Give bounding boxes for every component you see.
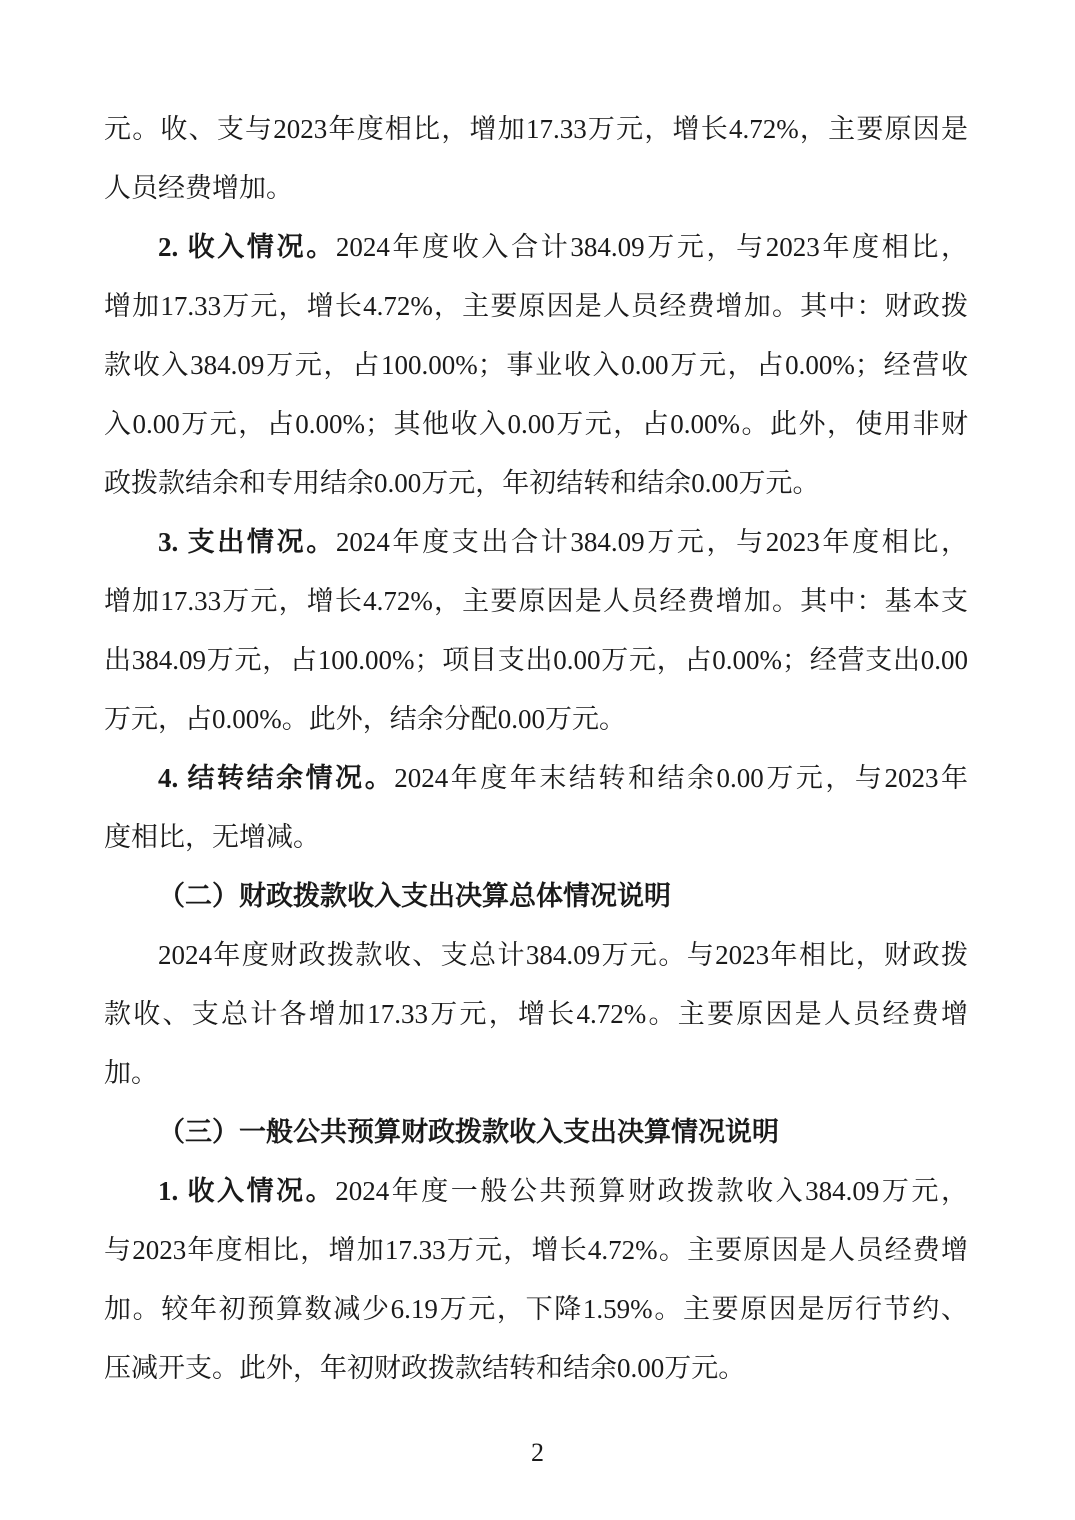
- line-text: 出384.09万元，占100.00%；项目支出0.00万元，占0.00%；经营支…: [104, 645, 968, 675]
- line-text: 政拨款结余和专用结余0.00万元，年初结转和结余0.00万元。: [104, 468, 820, 498]
- line-text: 款收入384.09万元，占100.00%；事业收入0.00万元，占0.00%；经…: [104, 350, 968, 380]
- line-bold-prefix: 3. 支出情况。: [158, 527, 336, 557]
- page-number: 2: [0, 1423, 1075, 1482]
- text-line: 款收入384.09万元，占100.00%；事业收入0.00万元，占0.00%；经…: [104, 336, 968, 395]
- text-block: 元。收、支与2023年度相比，增加17.33万元，增长4.72%，主要原因是人员…: [104, 100, 968, 1398]
- line-text: 元。收、支与2023年度相比，增加17.33万元，增长4.72%，主要原因是: [104, 114, 968, 144]
- text-line: 加。: [104, 1044, 968, 1103]
- text-line: 万元，占0.00%。此外，结余分配0.00万元。: [104, 690, 968, 749]
- line-bold-prefix: 1. 收入情况。: [158, 1176, 335, 1206]
- line-text: 度相比，无增减。: [104, 822, 320, 852]
- text-line: 入0.00万元，占0.00%；其他收入0.00万元，占0.00%。此外，使用非财: [104, 395, 968, 454]
- text-line: 元。收、支与2023年度相比，增加17.33万元，增长4.72%，主要原因是: [104, 100, 968, 159]
- line-text: 款收、支总计各增加17.33万元，增长4.72%。主要原因是人员经费增: [104, 999, 968, 1029]
- text-line: 款收、支总计各增加17.33万元，增长4.72%。主要原因是人员经费增: [104, 985, 968, 1044]
- text-line: 政拨款结余和专用结余0.00万元，年初结转和结余0.00万元。: [104, 454, 968, 513]
- document-page: 元。收、支与2023年度相比，增加17.33万元，增长4.72%，主要原因是人员…: [0, 0, 1075, 1520]
- text-line: 2024年度财政拨款收、支总计384.09万元。与2023年相比，财政拨: [104, 926, 968, 985]
- line-bold-prefix: 4. 结转结余情况。: [158, 763, 394, 793]
- text-line: 3. 支出情况。2024年度支出合计384.09万元，与2023年度相比，: [104, 513, 968, 572]
- section-heading: （二）财政拨款收入支出决算总体情况说明: [104, 867, 968, 926]
- line-text: 与2023年度相比，增加17.33万元，增长4.72%。主要原因是人员经费增: [104, 1235, 968, 1265]
- line-text: 2024年度收入合计384.09万元，与2023年度相比，: [336, 232, 968, 262]
- section-heading: （三）一般公共预算财政拨款收入支出决算情况说明: [104, 1103, 968, 1162]
- text-line: 1. 收入情况。2024年度一般公共预算财政拨款收入384.09万元，: [104, 1162, 968, 1221]
- text-line: 人员经费增加。: [104, 159, 968, 218]
- line-text: 万元，占0.00%。此外，结余分配0.00万元。: [104, 704, 626, 734]
- line-text: 压减开支。此外，年初财政拨款结转和结余0.00万元。: [104, 1353, 745, 1383]
- text-line: 4. 结转结余情况。2024年度年末结转和结余0.00万元，与2023年: [104, 749, 968, 808]
- line-text: 2024年度年末结转和结余0.00万元，与2023年: [394, 763, 968, 793]
- line-text: 2024年度一般公共预算财政拨款收入384.09万元，: [335, 1176, 968, 1206]
- line-text: （三）一般公共预算财政拨款收入支出决算情况说明: [158, 1117, 779, 1147]
- line-text: 入0.00万元，占0.00%；其他收入0.00万元，占0.00%。此外，使用非财: [104, 409, 968, 439]
- line-text: 增加17.33万元，增长4.72%，主要原因是人员经费增加。其中：财政拨: [104, 291, 968, 321]
- line-text: 2024年度财政拨款收、支总计384.09万元。与2023年相比，财政拨: [158, 940, 968, 970]
- text-line: 加。较年初预算数减少6.19万元，下降1.59%。主要原因是厉行节约、: [104, 1280, 968, 1339]
- text-line: 2. 收入情况。2024年度收入合计384.09万元，与2023年度相比，: [104, 218, 968, 277]
- text-line: 压减开支。此外，年初财政拨款结转和结余0.00万元。: [104, 1339, 968, 1398]
- text-line: 增加17.33万元，增长4.72%，主要原因是人员经费增加。其中：基本支: [104, 572, 968, 631]
- text-line: 与2023年度相比，增加17.33万元，增长4.72%。主要原因是人员经费增: [104, 1221, 968, 1280]
- text-line: 增加17.33万元，增长4.72%，主要原因是人员经费增加。其中：财政拨: [104, 277, 968, 336]
- text-line: 度相比，无增减。: [104, 808, 968, 867]
- line-text: 增加17.33万元，增长4.72%，主要原因是人员经费增加。其中：基本支: [104, 586, 968, 616]
- line-text: （二）财政拨款收入支出决算总体情况说明: [158, 881, 671, 911]
- line-text: 2024年度支出合计384.09万元，与2023年度相比，: [336, 527, 968, 557]
- line-text: 加。较年初预算数减少6.19万元，下降1.59%。主要原因是厉行节约、: [104, 1294, 968, 1324]
- line-text: 加。: [104, 1058, 158, 1088]
- line-bold-prefix: 2. 收入情况。: [158, 232, 336, 262]
- text-line: 出384.09万元，占100.00%；项目支出0.00万元，占0.00%；经营支…: [104, 631, 968, 690]
- line-text: 人员经费增加。: [104, 173, 293, 203]
